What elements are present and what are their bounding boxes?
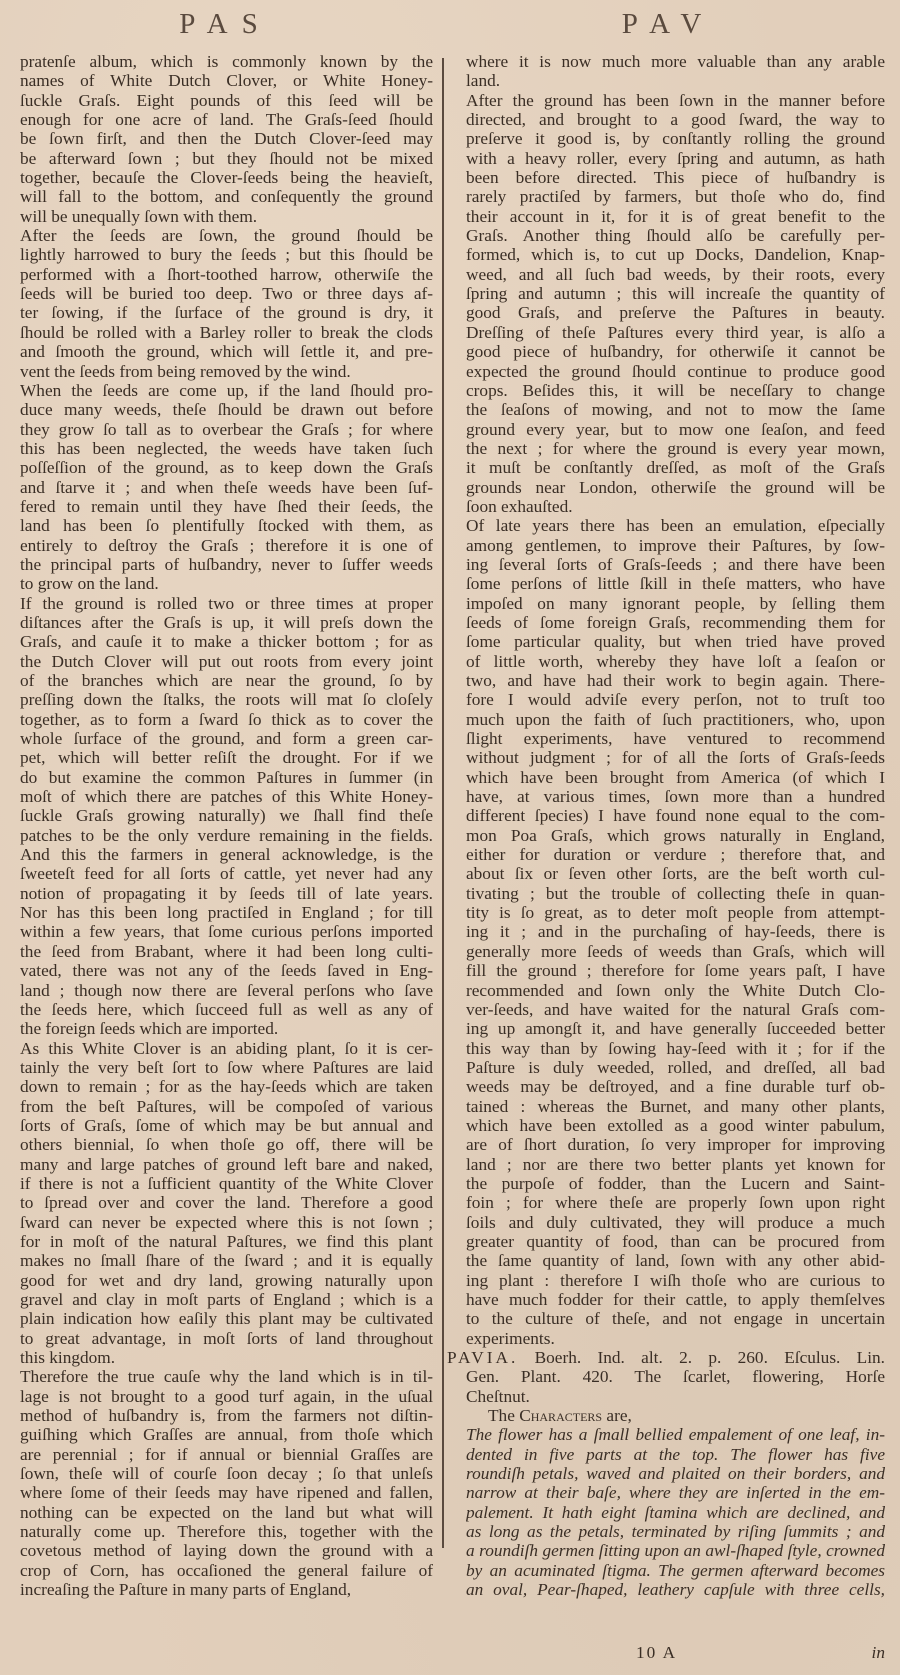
text-line: mon Poa Graſs, which grows naturally in … xyxy=(466,826,885,845)
text-line: palement. It hath eight ſtamina which ar… xyxy=(466,1503,885,1522)
text-line: and ſtarve it ; and when theſe weeds hav… xyxy=(20,478,433,497)
text-line: Of late years there has been an emulatio… xyxy=(466,516,885,535)
text-line: ing up amongſt it, and have generally ſu… xyxy=(466,1019,885,1038)
text-line: diſtances after the Graſs is up, it will… xyxy=(20,613,433,632)
text-line: are of ſhort duration, ſo very improper … xyxy=(466,1135,885,1154)
text-line: increaſing the Paſture in many parts of … xyxy=(20,1580,433,1599)
text-line: greater quantity of food, than can be pr… xyxy=(466,1232,885,1251)
text-line: whole ſurface of the ground, and form a … xyxy=(20,729,433,748)
text-line: ſlight experiments, have ventured to rec… xyxy=(466,729,885,748)
text-line: crops. Beſides this, it will be neceſſar… xyxy=(466,381,885,400)
text-line: as long as the petals, terminated by riſ… xyxy=(466,1522,885,1541)
text-line: the ſame quantity of land, ſown with any… xyxy=(466,1251,885,1270)
text-line: dented in five parts at the top. The flo… xyxy=(466,1445,885,1464)
text-line: they grow ſo tall as to overbear the Gra… xyxy=(20,420,433,439)
text-line: the purpoſe of fodder, than the Lucern a… xyxy=(466,1174,885,1193)
text-line: And this the farmers in general acknowle… xyxy=(20,845,433,864)
text-line: lage is not brought to a good turf again… xyxy=(20,1387,433,1406)
text-line: foin ; for where theſe are properly ſown… xyxy=(466,1193,885,1212)
text-line: if there is not a ſufficient quantity of… xyxy=(20,1174,433,1193)
text-line: have, at various times, ſown more than a… xyxy=(466,787,885,806)
text-line: preſſing down the ſtalks, the roots will… xyxy=(20,690,433,709)
text-line: together, becauſe the Clover-ſeeds being… xyxy=(20,168,433,187)
left-column: pratenſe album, which is commonly known … xyxy=(20,52,433,1600)
text-line: will be unequally ſown with them. xyxy=(20,207,433,226)
text-line: land has been ſo plentifully ſtocked wit… xyxy=(20,516,433,535)
text-line: the ſeeds here, which ſucceed full as we… xyxy=(20,1000,433,1019)
text-line: tity is ſo great, as to deter moſt peopl… xyxy=(466,903,885,922)
text-line: are perennial ; for if annual or biennia… xyxy=(20,1445,433,1464)
text-line: good Graſs, and preſerve the Paſtures in… xyxy=(466,303,885,322)
text-line: ing ſeveral ſorts of Graſs-ſeeds ; and t… xyxy=(466,555,885,574)
characters-description: The flower has a ſmall bellied empalemen… xyxy=(466,1425,885,1599)
text-line: names of White Dutch Clover, or White Ho… xyxy=(20,71,433,90)
text-line: When the ſeeds are come up, if the land … xyxy=(20,381,433,400)
text-line: either for duration or verdure ; therefo… xyxy=(466,845,885,864)
right-column-body: where it is now much more valuable than … xyxy=(466,52,885,1348)
text-line: from the beſt Paſtures, will be compoſed… xyxy=(20,1097,433,1116)
text-line: good piece of huſbandry, for otherwiſe i… xyxy=(466,342,885,361)
text-line: which have been brought from America (of… xyxy=(466,768,885,787)
characters-heading: The Characters are, xyxy=(466,1406,885,1425)
text-line: it muſt be conſtantly dreſſed, as moſt o… xyxy=(466,458,885,477)
text-line: been before directed. This piece of huſb… xyxy=(466,168,885,187)
text-line: of the branches which are near the groun… xyxy=(20,671,433,690)
text-line: ſoon exhauſted. xyxy=(466,497,885,516)
text-line: by an acuminated ſtigma. The germen afte… xyxy=(466,1561,885,1580)
text-line: ſuckle Graſs. Eight pounds of this ſeed … xyxy=(20,91,433,110)
text-line: covetous method of laying down the groun… xyxy=(20,1541,433,1560)
text-line: vated, there was not any of the ſeeds ſa… xyxy=(20,961,433,980)
text-line: Nor has this been long practiſed in Engl… xyxy=(20,903,433,922)
column-divider-rule xyxy=(442,58,444,1548)
text-line: ſorts of Graſs, ſome of which may be but… xyxy=(20,1116,433,1135)
text-line: preſerve it good is, by conſtantly rolli… xyxy=(466,129,885,148)
text-line: Paſture is duly weeded, rolled, and dreſ… xyxy=(466,1058,885,1077)
text-line: ſoils and duly cultivated, they will pro… xyxy=(466,1213,885,1232)
text-line: notion of propagating it by ſeeds till o… xyxy=(20,884,433,903)
text-line: many and large patches of ground left ba… xyxy=(20,1155,433,1174)
text-line: crop of Corn, has occaſioned the general… xyxy=(20,1561,433,1580)
text-line: Dreſſing of theſe Paſtures every third y… xyxy=(466,323,885,342)
text-line: guiſhing which Graſſes are annual, from … xyxy=(20,1425,433,1444)
text-line: to the culture of theſe, and not engage … xyxy=(466,1309,885,1328)
text-line: others biennial, ſo when thoſe go off, t… xyxy=(20,1135,433,1154)
text-line: an oval, Pear-ſhaped, leathery capſule w… xyxy=(466,1580,885,1599)
text-line: ſuckle Graſs growing naturally) we ſhall… xyxy=(20,806,433,825)
text-line: gravel and clay in moſt parts of England… xyxy=(20,1290,433,1309)
text-line: Graſs. Another thing ſhould alſo be care… xyxy=(466,226,885,245)
text-line: land ; nor are there two better plants y… xyxy=(466,1155,885,1174)
text-line: The flower has a ſmall bellied empalemen… xyxy=(466,1425,885,1444)
catchword: in xyxy=(872,1643,885,1663)
text-line: of little worth, whereby they have loſt … xyxy=(466,652,885,671)
text-line: ſown, theſe will of courſe ſoon decay ; … xyxy=(20,1464,433,1483)
text-line: the principal parts of huſbandry, never … xyxy=(20,555,433,574)
text-line: tainly the very beſt ſort to ſow where P… xyxy=(20,1058,433,1077)
text-line: naturally come up. Therefore this, toget… xyxy=(20,1522,433,1541)
text-line: plain indication how eaſily this plant m… xyxy=(20,1309,433,1328)
text-line: weed, and all ſuch bad weeds, by their r… xyxy=(466,265,885,284)
text-line: tivating ; but the trouble of collecting… xyxy=(466,884,885,903)
text-line: land. xyxy=(466,71,885,90)
text-line: ſpring and autumn ; this will increaſe t… xyxy=(466,284,885,303)
book-page: PAS PAV pratenſe album, which is commonl… xyxy=(0,0,900,1675)
text-line: ſeeds of ſome foreign Graſs, recommendin… xyxy=(466,613,885,632)
text-line: ſeeds will be buried too deep. Two or th… xyxy=(20,284,433,303)
text-line: this has been neglected, the weeds have … xyxy=(20,439,433,458)
text-line: their account in it, for it is of great … xyxy=(466,207,885,226)
text-line: this kingdom. xyxy=(20,1348,433,1367)
running-head-right: PAV xyxy=(452,8,885,44)
text-line: different ſpecies) I have found none equ… xyxy=(466,806,885,825)
text-line: If the ground is rolled two or three tim… xyxy=(20,594,433,613)
text-line: After the ground has been ſown in the ma… xyxy=(466,91,885,110)
text-line: impoſed on many ignorant people, by ſell… xyxy=(466,594,885,613)
text-line: performed with a ſhort-toothed harrow, o… xyxy=(20,265,433,284)
text-line: ſome particular quality, but when tried … xyxy=(466,632,885,651)
text-line: nothing can be expected on the land but … xyxy=(20,1503,433,1522)
text-line: duce many weeds, theſe ſhould be drawn o… xyxy=(20,400,433,419)
text-line: pratenſe album, which is commonly known … xyxy=(20,52,433,71)
text-line: two, and have had their work to begin ag… xyxy=(466,671,885,690)
text-line: moſt of which there are patches of this … xyxy=(20,787,433,806)
text-line: method of huſbandry is, from the farmers… xyxy=(20,1406,433,1425)
text-line: ing plant : therefore I wiſh thoſe who a… xyxy=(466,1271,885,1290)
text-line: have much fodder for their cattle, to ap… xyxy=(466,1290,885,1309)
text-line: this way than by ſowing hay-ſeed with it… xyxy=(466,1039,885,1058)
pavia-entry: PAVIA. Boerh. Ind. alt. 2. p. 260. Eſcul… xyxy=(466,1348,885,1599)
text-line: weeds may be deſtroyed, and a fine durab… xyxy=(466,1077,885,1096)
text-line: ver-ſeeds, and have waited for the natur… xyxy=(466,1000,885,1019)
text-line: do but examine the common Paſtures in ſu… xyxy=(20,768,433,787)
page-footer: 10 A in xyxy=(466,1643,885,1663)
text-line: ſome perſons of little ſkill in theſe ma… xyxy=(466,574,885,593)
text-line: fill the ground ; therefore for ſome yea… xyxy=(466,961,885,980)
text-line: ſhould be rolled with a Barley roller to… xyxy=(20,323,433,342)
text-line: the next ; for where the ground is every… xyxy=(466,439,885,458)
text-line: without judgment ; for of all the ſorts … xyxy=(466,748,885,767)
text-line: for in moſt of the natural Paſtures, we … xyxy=(20,1232,433,1251)
text-line: the Dutch Clover will put out roots from… xyxy=(20,652,433,671)
text-line: to great advantage, in moſt ſorts of lan… xyxy=(20,1329,433,1348)
text-line: a roundiſh germen ſitting upon an awl-ſh… xyxy=(466,1541,885,1560)
entry-genus: PAVIA. xyxy=(447,1348,518,1367)
text-line: be afterward ſown ; but they ſhould not … xyxy=(20,149,433,168)
text-line: Graſs, and cauſe it to make a thicker bo… xyxy=(20,632,433,651)
text-line: As this White Clover is an abiding plant… xyxy=(20,1039,433,1058)
text-line: land ; though now there are ſeveral perſ… xyxy=(20,981,433,1000)
text-line: generally more ſeeds of weeds than Graſs… xyxy=(466,942,885,961)
text-line: fered to remain until they have ſhed the… xyxy=(20,497,433,516)
text-line: fore I would adviſe every perſon, not to… xyxy=(466,690,885,709)
entry-line: Cheſtnut. xyxy=(466,1387,885,1406)
text-line: rarely practiſed by farmers, but thoſe w… xyxy=(466,187,885,206)
text-line: ſward can never be expected where this i… xyxy=(20,1213,433,1232)
text-line: roundiſh petals, waved and plaited on th… xyxy=(466,1464,885,1483)
text-line: pet, which will better reſiſt the drough… xyxy=(20,748,433,767)
text-line: makes no ſmall ſhare of the ſward ; and … xyxy=(20,1251,433,1270)
text-line: ground every year, but to mow one ſeaſon… xyxy=(466,420,885,439)
text-line: with a heavy roller, every ſpring and au… xyxy=(466,149,885,168)
text-line: to ſpread over and cover the land. There… xyxy=(20,1193,433,1212)
text-line: where ſome of their ſeeds may have ripen… xyxy=(20,1483,433,1502)
right-column: where it is now much more valuable than … xyxy=(466,52,885,1600)
entry-line: Gen. Plant. 420. The ſcarlet, flowering,… xyxy=(466,1367,885,1386)
text-line: which have been extolled as a good winte… xyxy=(466,1116,885,1135)
text-line: directed, and brought to a good ſward, t… xyxy=(466,110,885,129)
text-line: and ſmooth the ground, which will ſettle… xyxy=(20,342,433,361)
entry-headword-line: PAVIA. Boerh. Ind. alt. 2. p. 260. Eſcul… xyxy=(447,1348,885,1367)
text-line: about ſix or ſeven other ſorts, are the … xyxy=(466,864,885,883)
text-line: to grow on the land. xyxy=(20,574,433,593)
text-line: the foreign ſeeds which are imported. xyxy=(20,1019,433,1038)
text-line: entirely to deſtroy the Graſs ; therefor… xyxy=(20,536,433,555)
text-line: within a few years, that ſome curious pe… xyxy=(20,922,433,941)
text-line: expected the ground ſhould continue to p… xyxy=(466,362,885,381)
text-line: down to remain ; for as the hay-ſeeds wh… xyxy=(20,1077,433,1096)
text-line: vent the ſeeds from being removed by the… xyxy=(20,362,433,381)
text-line: be ſown firſt, and then the Dutch Clover… xyxy=(20,129,433,148)
signature-mark: 10 A xyxy=(636,1643,677,1663)
text-line: experiments. xyxy=(466,1329,885,1348)
text-line: patches to be the only verdure remaining… xyxy=(20,826,433,845)
text-line: tained : whereas the Burnet, and many ot… xyxy=(466,1097,885,1116)
entry-reference: Boerh. Ind. alt. 2. p. 260. Eſculus. Lin… xyxy=(535,1348,885,1367)
text-line: ing it ; and in the purchaſing of hay-ſe… xyxy=(466,922,885,941)
text-line: poſſeſſion of the ground, as to keep dow… xyxy=(20,458,433,477)
text-line: much upon the faith of ſuch practitioner… xyxy=(466,710,885,729)
text-line: grounds near London, otherwiſe the groun… xyxy=(466,478,885,497)
text-line: will fall to the bottom, and conſequentl… xyxy=(20,187,433,206)
text-line: ter ſowing, if the ſurface of the ground… xyxy=(20,303,433,322)
text-line: ſweeteſt feed for all ſorts of cattle, y… xyxy=(20,864,433,883)
text-line: Therefore the true cauſe why the land wh… xyxy=(20,1367,433,1386)
text-line: good for wet and dry land, growing natur… xyxy=(20,1271,433,1290)
text-line: recommended and ſown only the White Dutc… xyxy=(466,981,885,1000)
text-line: lightly harrowed to bury the ſeeds ; but… xyxy=(20,245,433,264)
text-line: together, as to form a ſward ſo thick as… xyxy=(20,710,433,729)
text-line: After the ſeeds are ſown, the ground ſho… xyxy=(20,226,433,245)
text-line: enough for one acre of land. The Graſs-ſ… xyxy=(20,110,433,129)
text-line: the ſeed from Brabant, where it had been… xyxy=(20,942,433,961)
text-line: narrow at their baſe, where they are inſ… xyxy=(466,1483,885,1502)
text-line: where it is now much more valuable than … xyxy=(466,52,885,71)
text-line: the ſeaſons of mowing, and not to mow th… xyxy=(466,400,885,419)
text-line: formed, which is, to cut up Docks, Dande… xyxy=(466,245,885,264)
running-head-left: PAS xyxy=(18,8,433,44)
text-line: among gentlemen, to improve their Paſtur… xyxy=(466,536,885,555)
